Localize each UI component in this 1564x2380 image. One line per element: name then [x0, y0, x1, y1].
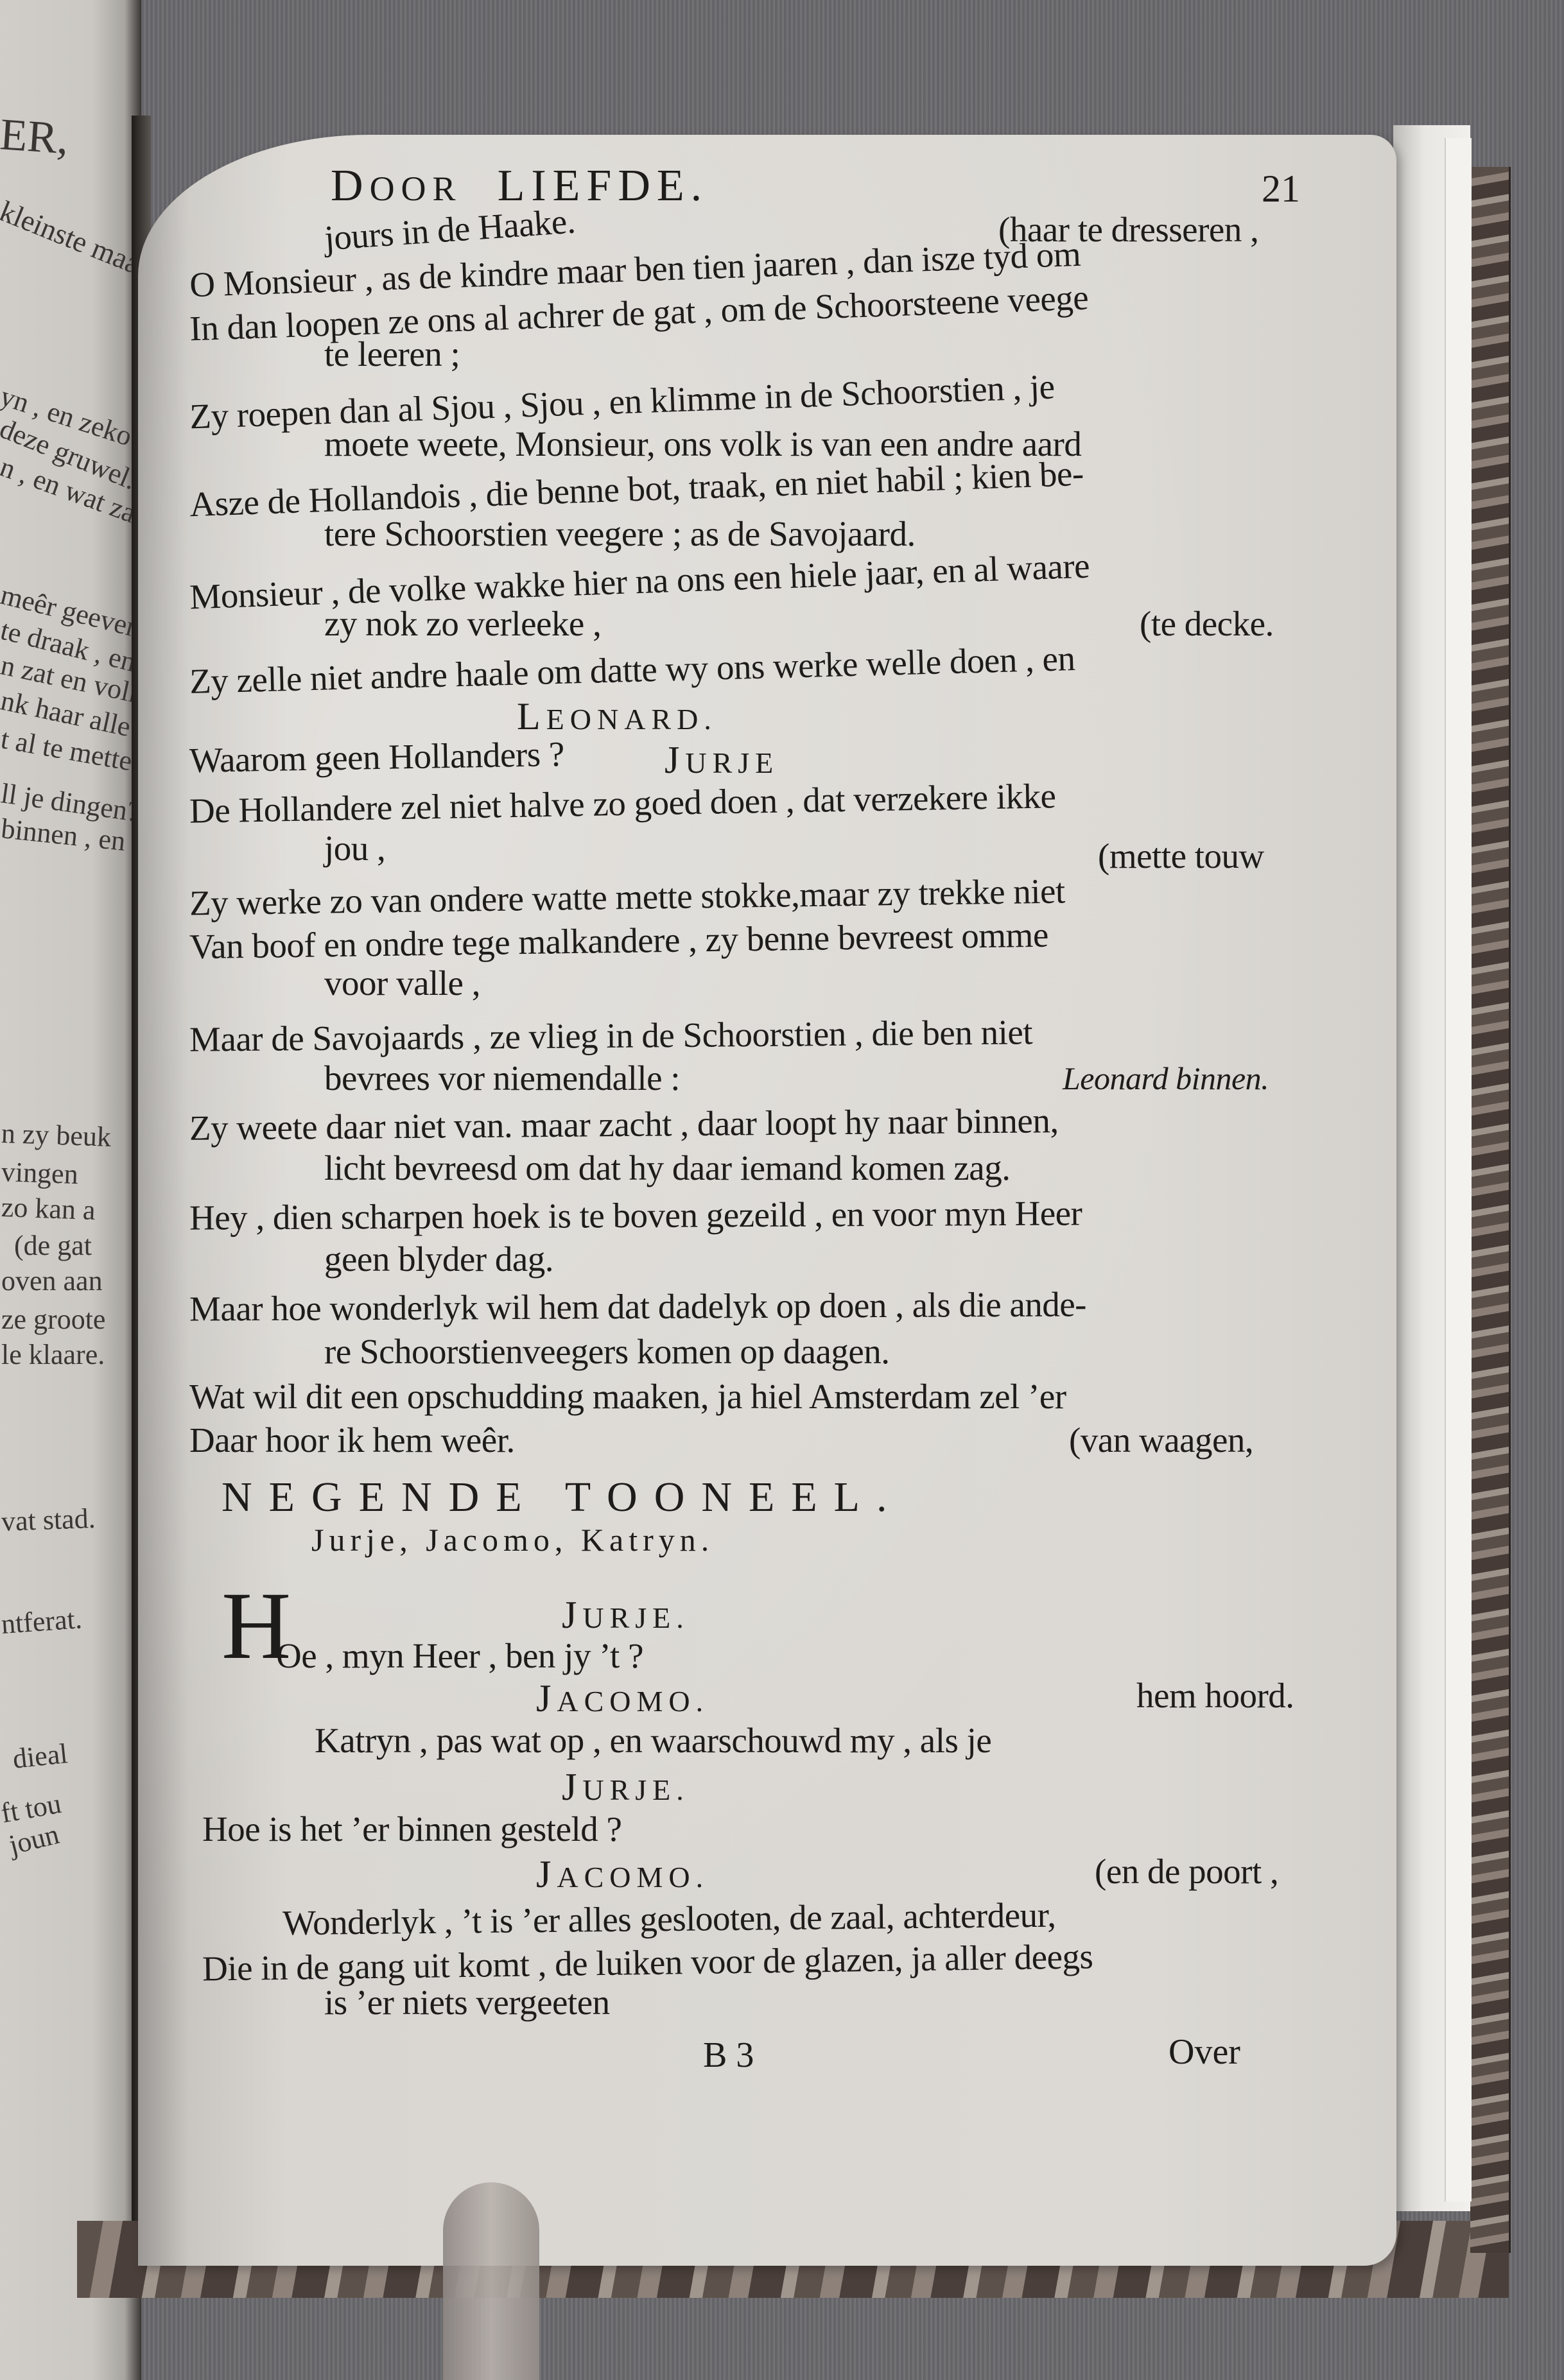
- stage-direction: Leonard binnen.: [1063, 1059, 1269, 1098]
- text-line: Katryn , pas wat op , en waarschouwd my …: [315, 1721, 991, 1760]
- text-line: (van waagen,: [1069, 1421, 1253, 1460]
- speaker-name: Jacomo.: [536, 1852, 709, 1897]
- speaker-name: Jurje.: [562, 1765, 690, 1809]
- catchword: Over: [1169, 2031, 1240, 2073]
- text-line: Van boof en ondre tege malkandere , zy b…: [189, 916, 1049, 967]
- page-stack-edge-inner: [1445, 138, 1472, 2202]
- text-line: Zy werke zo van ondere watte mette stokk…: [189, 872, 1065, 922]
- text-line: Oe , myn Heer , ben jy ’t ?: [276, 1637, 643, 1675]
- speaker-name: Jacomo.: [536, 1677, 709, 1721]
- text-line: Waarom geen Hollanders ?: [189, 735, 565, 780]
- text-line: De Hollandere zel niet halve zo goed doe…: [189, 777, 1056, 831]
- running-head: DOOR LIEFDE.: [331, 160, 708, 212]
- text-line: Hoe is het ’er binnen gesteld ?: [202, 1810, 621, 1849]
- text-line: (en de poort ,: [1095, 1852, 1278, 1891]
- text-line: Maar de Savojaards , ze vlieg in de Scho…: [189, 1013, 1033, 1058]
- text-line: hem hoord.: [1136, 1677, 1294, 1715]
- text-line: jou ,: [324, 829, 385, 868]
- running-head-initial: D: [331, 161, 370, 211]
- printer-signature: B 3: [703, 2035, 754, 2076]
- left-page-text-fragment: dieal: [11, 1737, 69, 1775]
- left-page-text-fragment: vat stad.: [1, 1502, 96, 1538]
- left-page-text-fragment: kleinste maa: [0, 194, 141, 281]
- text-line: Die in de gang uit komt , de luiken voor…: [202, 1937, 1093, 1988]
- drop-cap: H: [222, 1578, 291, 1674]
- text-line: licht bevreesd om dat hy daar iemand kom…: [324, 1149, 1010, 1187]
- text-line: geen blyder dag.: [324, 1240, 553, 1279]
- text-line: Wat wil dit een opschudding maaken, ja h…: [189, 1377, 1066, 1416]
- text-line: re Schoorstienveegers komen op daagen.: [324, 1332, 890, 1371]
- left-page-text-fragment: oven aan: [1, 1264, 103, 1297]
- left-page-text-fragment: vingen: [1, 1155, 78, 1191]
- text-line: bevrees vor niemendalle :: [324, 1059, 680, 1098]
- speaker-name: Jurje: [665, 738, 779, 782]
- left-page-text-fragment: n zy beuk: [1, 1117, 112, 1153]
- book-page-21: DOOR LIEFDE. 21 jours in de Haake.(haar …: [138, 135, 1396, 2266]
- left-page-text-fragment: le klaare.: [1, 1338, 105, 1371]
- text-line: (mette touw: [1098, 837, 1264, 875]
- text-line: voor valle ,: [324, 964, 480, 1003]
- left-page-text-fragment: ER,: [0, 109, 70, 165]
- running-head-title: LIEFDE.: [498, 161, 709, 211]
- left-page-text-fragment: ze groote: [1, 1303, 105, 1336]
- text-line: te leeren ;: [324, 335, 460, 374]
- marbled-cover-edge: [1470, 167, 1511, 2253]
- text-line: Daar hoor ik hem weêr.: [189, 1421, 515, 1460]
- left-page-text-fragment: (de gat: [14, 1229, 92, 1262]
- text-line: (te decke.: [1140, 605, 1274, 643]
- speaker-name: Jurje.: [562, 1593, 690, 1637]
- text-line: Zy zelle niet andre haale om datte wy on…: [189, 639, 1075, 701]
- scene-heading: NEGENDE TOONEEL.: [222, 1473, 903, 1522]
- text-line: Hey , dien scharpen hoek is te boven gez…: [189, 1194, 1082, 1237]
- page-number: 21: [1262, 167, 1300, 211]
- scene-cast-list: Jurje, Jacomo, Katryn.: [311, 1521, 714, 1558]
- text-line: Wonderlyk , ’t is ’er alles geslooten, d…: [282, 1896, 1056, 1943]
- left-page-text-fragment: ntferat.: [0, 1602, 83, 1641]
- text-line: Maar hoe wonderlyk wil hem dat dadelyk o…: [189, 1285, 1086, 1328]
- left-page-text-fragment: zo kan a: [1, 1191, 96, 1227]
- text-line: Asze de Hollandois , die benne bot, traa…: [189, 454, 1084, 524]
- text-line: Zy weete daar niet van. maar zacht , daa…: [189, 1101, 1059, 1148]
- text-line: zy nok zo verleeke ,: [324, 605, 601, 643]
- thumb-holding-page: [443, 2182, 539, 2380]
- text-line: is ’er niets vergeeten: [324, 1983, 610, 2022]
- speaker-name: Leonard.: [517, 694, 717, 739]
- running-head-smallcaps: OOR: [370, 169, 462, 208]
- text-line: tere Schoorstien veegere ; as de Savojaa…: [324, 515, 916, 553]
- facing-left-page: ER,kleinste maayn , en zekodeze gruwel.n…: [0, 0, 141, 2380]
